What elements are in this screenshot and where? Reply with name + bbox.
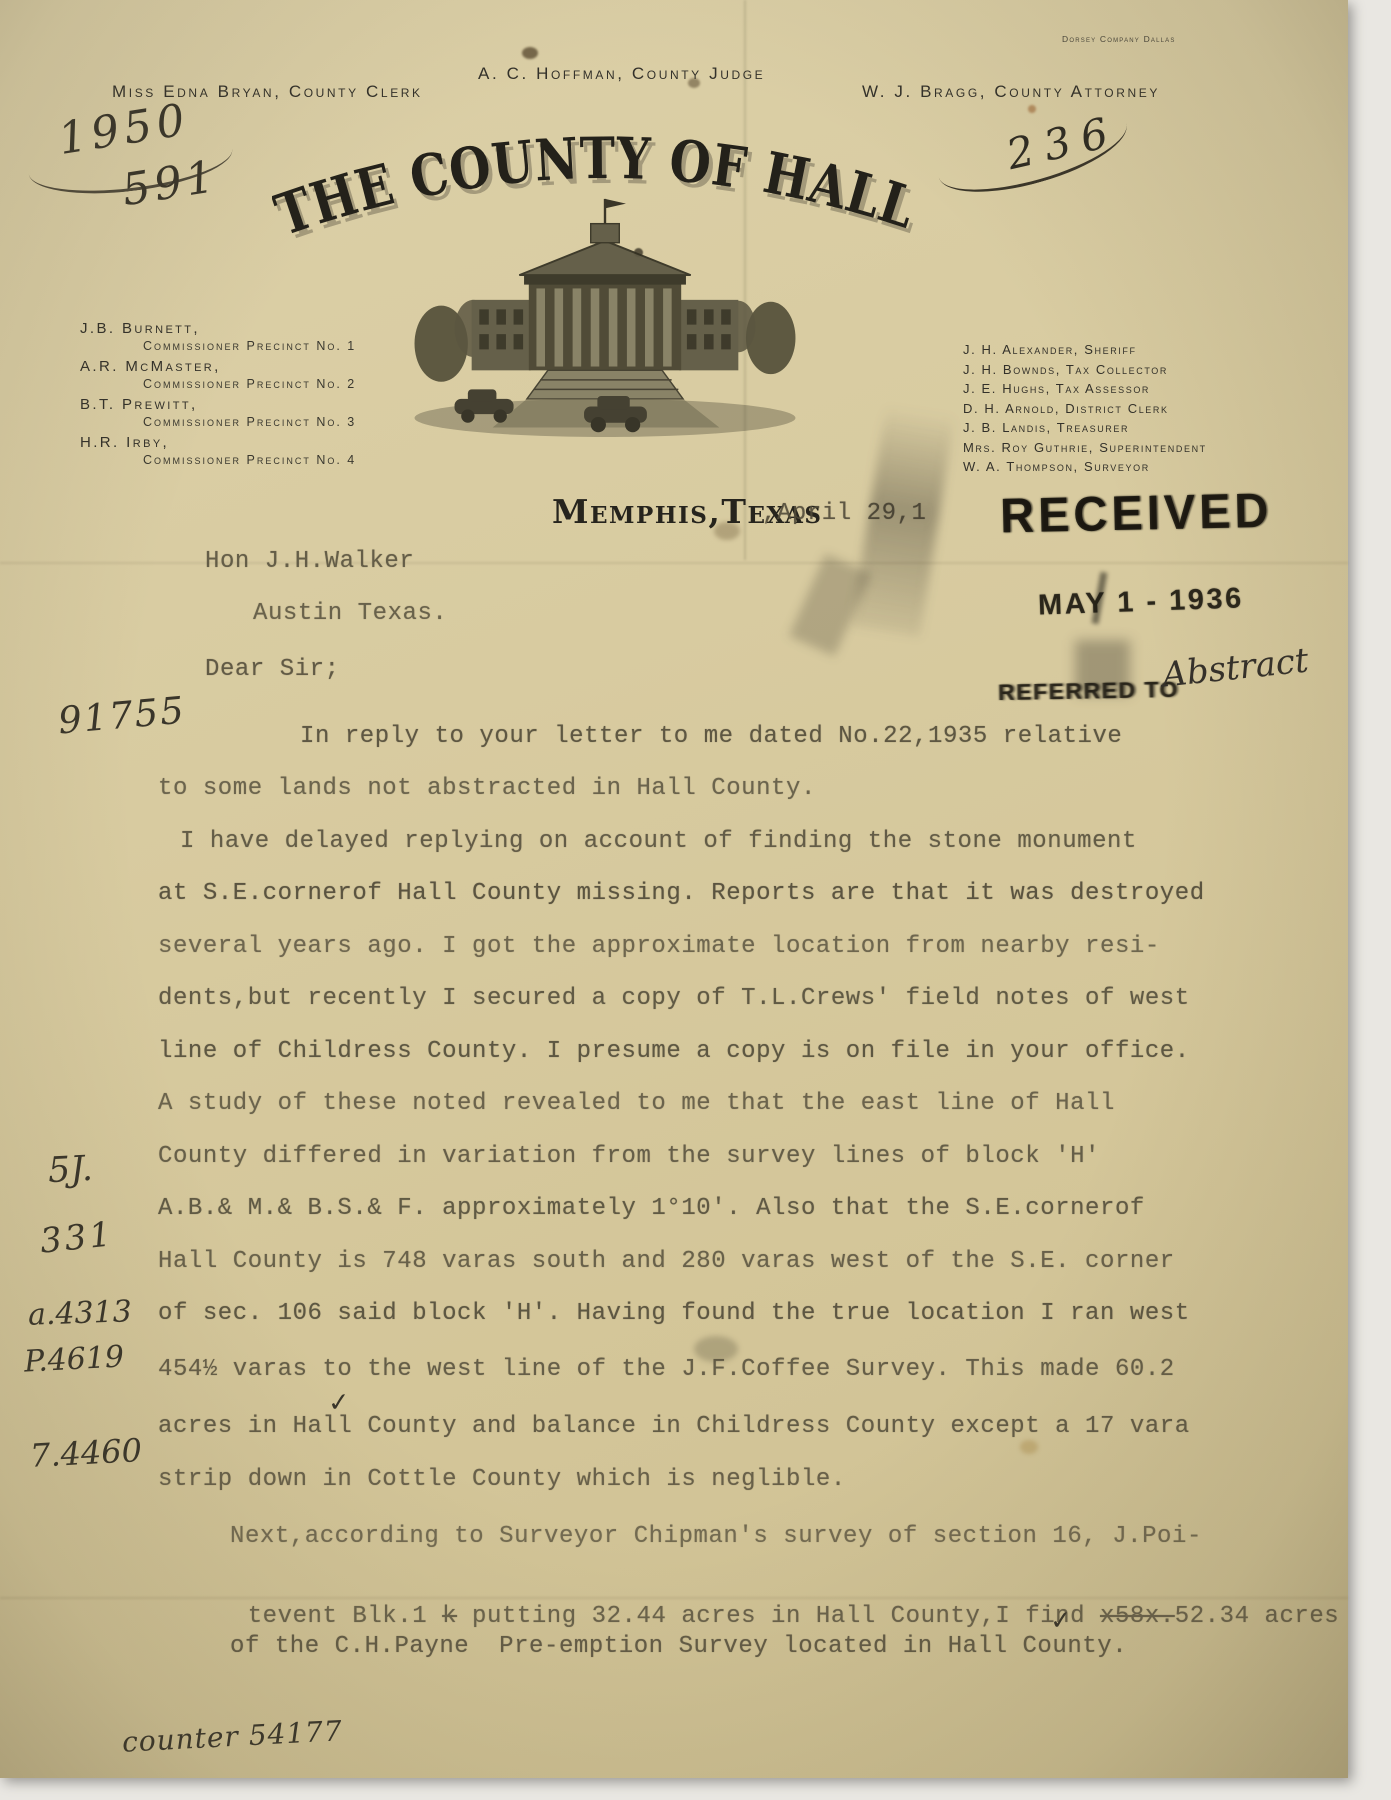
commissioner-name: H.R. Irby, (80, 434, 356, 451)
typed-date: ,April 29,1 (762, 500, 926, 527)
received-date-stamp: MAY 1 - 1936 (1037, 582, 1244, 622)
official-line: J. H. Bownds, Tax Collector (963, 360, 1207, 380)
recipient-city: Austin Texas. (253, 600, 447, 627)
body-line: 454½ varas to the west line of the J.F.C… (158, 1356, 1175, 1383)
commissioner-name: B.T. Prewitt, (80, 396, 356, 413)
official-line: W. A. Thompson, Surveyor (963, 457, 1207, 477)
commissioner-name: J.B. Burnett, (80, 320, 356, 337)
official-line: J. E. Hughs, Tax Assessor (963, 379, 1207, 399)
commissioners-list: J.B. Burnett, Commissioner Precinct No. … (80, 320, 356, 472)
margin-note: 5J. (47, 1149, 94, 1191)
body-line: Hall County is 748 varas south and 280 v… (158, 1248, 1175, 1275)
body-line: acres in Hall County and balance in Chil… (158, 1413, 1190, 1440)
body-line: to some lands not abstracted in Hall Cou… (158, 775, 816, 802)
body-line-segment: 52.34 acres (1175, 1603, 1339, 1630)
body-line: dents,but recently I secured a copy of T… (158, 985, 1190, 1012)
bottom-counter-note: counter 54177 (121, 1714, 343, 1759)
body-line: A study of these noted revealed to me th… (158, 1090, 1115, 1117)
paper-crease (0, 562, 1348, 564)
body-line: at S.E.cornerof Hall County missing. Rep… (158, 880, 1205, 907)
paper-stain (1020, 1440, 1038, 1454)
commissioner-name: A.R. McMaster, (80, 358, 356, 375)
body-line: of the C.H.Payne Pre-emption Survey loca… (230, 1633, 1127, 1660)
courthouse-illustration (405, 192, 805, 442)
printer-credit: Dorsey Company Dallas (1062, 34, 1176, 44)
county-judge-line: A. C. Hoffman, County Judge (478, 64, 765, 84)
body-line-segment: putting 32.44 acres in Hall County,I fin… (457, 1603, 1100, 1630)
commissioner-precinct: Commissioner Precinct No. 1 (80, 339, 356, 353)
official-line: J. H. Alexander, Sheriff (963, 340, 1207, 360)
commissioner-entry: H.R. Irby, Commissioner Precinct No. 4 (80, 434, 356, 467)
body-line: several years ago. I got the approximate… (158, 933, 1160, 960)
scanned-letter-photo: Dorsey Company Dallas Miss Edna Bryan, C… (0, 0, 1391, 1800)
body-line: Next,according to Surveyor Chipman's sur… (230, 1523, 1202, 1550)
body-line: I have delayed replying on account of fi… (180, 828, 1137, 855)
strikethrough-text: x58x. (1100, 1603, 1175, 1630)
commissioner-precinct: Commissioner Precinct No. 4 (80, 453, 356, 467)
commissioner-precinct: Commissioner Precinct No. 3 (80, 415, 356, 429)
ink-smear (789, 554, 871, 657)
recipient-name: Hon J.H.Walker (205, 548, 414, 575)
body-line: A.B.& M.& B.S.& F. approximately 1°10'. … (158, 1195, 1145, 1222)
checkmark: ✓ (327, 1387, 351, 1418)
referred-handwriting: Abstract (1160, 640, 1310, 695)
margin-note: a.4313 (27, 1294, 132, 1333)
body-line: County differed in variation from the su… (158, 1143, 1100, 1170)
margin-note: 7.4460 (29, 1431, 143, 1475)
paper-stain (522, 47, 538, 59)
body-line: of sec. 106 said block 'H'. Having found… (158, 1300, 1190, 1327)
commissioner-entry: J.B. Burnett, Commissioner Precinct No. … (80, 320, 356, 353)
body-line: strip down in Cottle County which is neg… (158, 1466, 846, 1493)
official-line: Mrs. Roy Guthrie, Superintendent (963, 438, 1207, 458)
commissioner-precinct: Commissioner Precinct No. 2 (80, 377, 356, 391)
strikethrough-text: k (442, 1603, 457, 1630)
letter-paper: Dorsey Company Dallas Miss Edna Bryan, C… (0, 0, 1348, 1778)
body-line: In reply to your letter to me dated No.2… (300, 723, 1122, 750)
body-line-segment: tevent Blk.1 (248, 1603, 442, 1630)
commissioner-entry: A.R. McMaster, Commissioner Precinct No.… (80, 358, 356, 391)
official-line: D. H. Arnold, District Clerk (963, 399, 1207, 419)
salutation: Dear Sir; (205, 656, 340, 683)
margin-note: P.4619 (23, 1339, 125, 1379)
referred-to-stamp: REFERRED TO (998, 677, 1179, 706)
received-stamp: RECEIVED (999, 481, 1272, 544)
checkmark: ✓ (1049, 1605, 1073, 1636)
file-number-handwritten: 91755 (56, 689, 187, 743)
commissioner-entry: B.T. Prewitt, Commissioner Precinct No. … (80, 396, 356, 429)
margin-note: 331 (38, 1214, 116, 1262)
officials-list: J. H. Alexander, Sheriff J. H. Bownds, T… (963, 340, 1207, 477)
paper-stain (1028, 105, 1036, 113)
official-line: J. B. Landis, Treasurer (963, 418, 1207, 438)
body-line: line of Childress County. I presume a co… (158, 1038, 1190, 1065)
